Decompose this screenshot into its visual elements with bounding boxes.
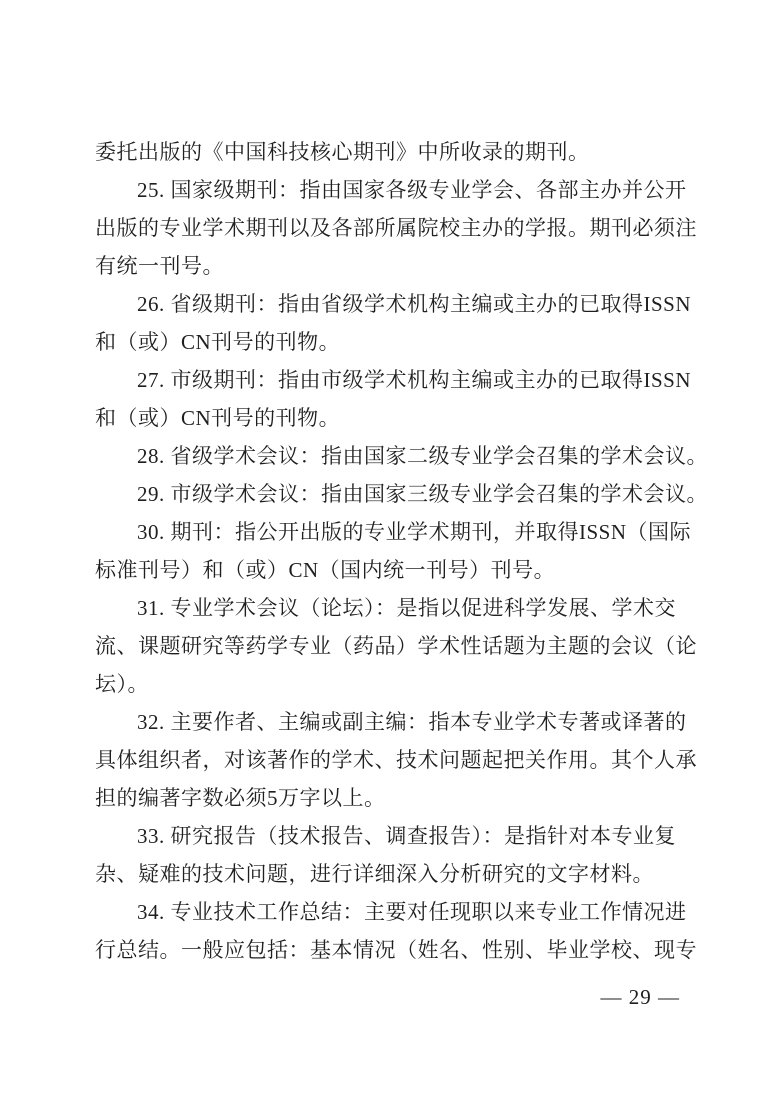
- text-line: 标准刊号）和（或）CN（国内统一刊号）刊号。: [95, 551, 680, 589]
- text-line: 25. 国家级期刊：指由国家各级专业学会、各部主办并公开: [95, 171, 680, 209]
- text-line: 具体组织者，对该著作的学术、技术问题起把关作用。其个人承: [95, 741, 680, 779]
- document-page: 委托出版的《中国科技核心期刊》中所收录的期刊。25. 国家级期刊：指由国家各级专…: [0, 0, 777, 1099]
- text-line: 31. 专业学术会议（论坛）：是指以促进科学发展、学术交: [95, 589, 680, 627]
- body-text: 委托出版的《中国科技核心期刊》中所收录的期刊。25. 国家级期刊：指由国家各级专…: [95, 133, 680, 969]
- text-line: 32. 主要作者、主编或副主编：指本专业学术专著或译著的: [95, 703, 680, 741]
- text-line: 26. 省级期刊：指由省级学术机构主编或主办的已取得ISSN: [95, 285, 680, 323]
- text-line: 担的编著字数必须5万字以上。: [95, 779, 680, 817]
- text-line: 29. 市级学术会议：指由国家三级专业学会召集的学术会议。: [95, 475, 680, 513]
- page-footer: — 29 —: [95, 978, 680, 1016]
- text-line: 34. 专业技术工作总结：主要对任现职以来专业工作情况进: [95, 893, 680, 931]
- text-line: 30. 期刊：指公开出版的专业学术期刊，并取得ISSN（国际: [95, 513, 680, 551]
- text-line: 有统一刊号。: [95, 247, 680, 285]
- text-line: 委托出版的《中国科技核心期刊》中所收录的期刊。: [95, 133, 680, 171]
- text-line: 33. 研究报告（技术报告、调查报告）：是指针对本专业复: [95, 817, 680, 855]
- text-line: 和（或）CN刊号的刊物。: [95, 323, 680, 361]
- text-line: 27. 市级期刊：指由市级学术机构主编或主办的已取得ISSN: [95, 361, 680, 399]
- text-line: 杂、疑难的技术问题，进行详细深入分析研究的文字材料。: [95, 855, 680, 893]
- text-line: 28. 省级学术会议：指由国家二级专业学会召集的学术会议。: [95, 437, 680, 475]
- page-number: — 29 —: [601, 985, 681, 1009]
- text-line: 流、课题研究等药学专业（药品）学术性话题为主题的会议（论: [95, 627, 680, 665]
- text-line: 和（或）CN刊号的刊物。: [95, 399, 680, 437]
- text-line: 出版的专业学术期刊以及各部所属院校主办的学报。期刊必须注: [95, 209, 680, 247]
- text-line: 坛）。: [95, 665, 680, 703]
- text-line: 行总结。一般应包括：基本情况（姓名、性别、毕业学校、现专: [95, 931, 680, 969]
